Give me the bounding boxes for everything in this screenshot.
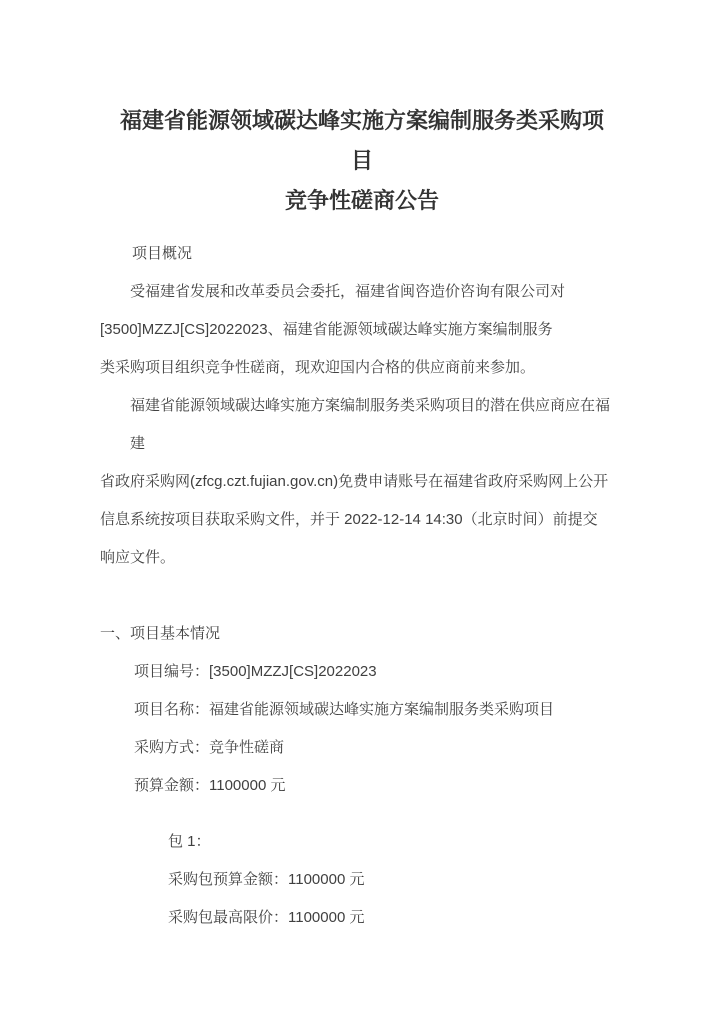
field-value: 竞争性磋商: [209, 739, 284, 756]
section-heading-basic-info: 一、项目基本情况: [100, 615, 624, 653]
overview-paragraph-1: 受福建省发展和改革委员会委托，福建省闽咨造价咨询有限公司对[3500]MZZJ[…: [100, 273, 624, 387]
field-value: [3500]MZZJ[CS]2022023: [209, 663, 377, 680]
document-subtitle: 竞争性磋商公告: [100, 181, 624, 221]
field-value: 1100000 元: [288, 909, 364, 926]
field-package-max-price: 采购包最高限价：1100000 元: [100, 899, 624, 937]
announcement-document: 福建省能源领域碳达峰实施方案编制服务类采购项目 竞争性磋商公告 项目概况 受福建…: [0, 0, 724, 937]
field-label: 项目名称：: [134, 701, 209, 718]
field-label: 项目编号：: [134, 663, 209, 680]
field-label: 预算金额：: [134, 777, 209, 794]
overview-heading: 项目概况: [100, 235, 624, 273]
field-budget-amount: 预算金额：1100000 元: [100, 767, 624, 805]
field-label: 采购包最高限价：: [168, 909, 288, 926]
field-procurement-method: 采购方式：竞争性磋商: [100, 729, 624, 767]
text-line: [3500]MZZJ[CS]2022023、福建省能源领域碳达峰实施方案编制服务: [100, 311, 624, 349]
field-value: 1100000 元: [288, 871, 364, 888]
text-line: 福建省能源领域碳达峰实施方案编制服务类采购项: [100, 101, 624, 141]
text-line: 类采购项目组织竞争性磋商，现欢迎国内合格的供应商前来参加。: [100, 349, 624, 387]
field-project-name: 项目名称：福建省能源领域碳达峰实施方案编制服务类采购项目: [100, 691, 624, 729]
text-line: 信息系统按项目获取采购文件，并于 2022-12-14 14:30（北京时间）前…: [100, 501, 624, 539]
text-line: 省政府采购网(zfcg.czt.fujian.gov.cn)免费申请账号在福建省…: [100, 463, 624, 501]
text-line: 目: [100, 141, 624, 181]
field-package-budget: 采购包预算金额：1100000 元: [100, 861, 624, 899]
field-value: 1100000 元: [209, 777, 285, 794]
overview-paragraph-2: 福建省能源领域碳达峰实施方案编制服务类采购项目的潜在供应商应在福建省政府采购网(…: [100, 387, 624, 577]
field-project-number: 项目编号：[3500]MZZJ[CS]2022023: [100, 653, 624, 691]
field-label: 采购包预算金额：: [168, 871, 288, 888]
text-line: 福建省能源领域碳达峰实施方案编制服务类采购项目的潜在供应商应在福建: [100, 387, 624, 463]
text-line: 受福建省发展和改革委员会委托，福建省闽咨造价咨询有限公司对: [100, 273, 624, 311]
field-label: 采购方式：: [134, 739, 209, 756]
document-title: 福建省能源领域碳达峰实施方案编制服务类采购项目: [100, 101, 624, 181]
package-heading: 包 1：: [100, 823, 624, 861]
text-line: 响应文件。: [100, 539, 624, 577]
field-value: 福建省能源领域碳达峰实施方案编制服务类采购项目: [209, 701, 554, 718]
